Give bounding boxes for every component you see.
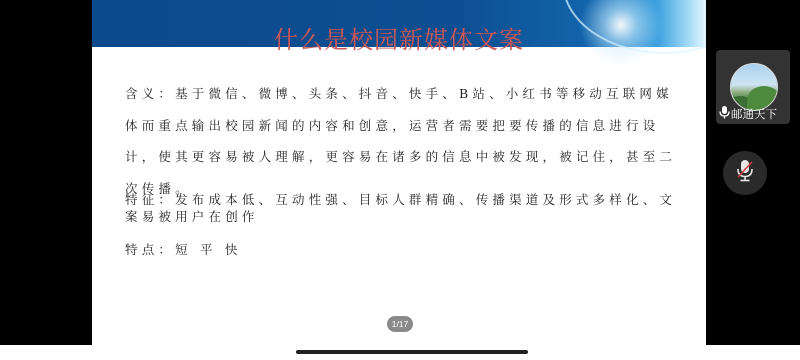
participant-name-label: 邮通天下 xyxy=(719,107,777,121)
characteristics-text: 短 平 快 xyxy=(175,242,241,257)
mute-toggle-button[interactable] xyxy=(723,151,767,195)
slide-title: 什么是校园新媒体文案 xyxy=(92,25,706,55)
definition-label: 含义： xyxy=(125,86,175,101)
features-text: 发布成本低、互动性强、目标人群精确、传播渠道及形式多样化、文案易被用户在创作 xyxy=(125,192,676,224)
avatar xyxy=(730,63,778,111)
characteristics-paragraph: 特点：短 平 快 xyxy=(125,241,685,258)
page-indicator: 1/17 xyxy=(387,316,413,332)
features-label: 特征： xyxy=(125,192,175,207)
presentation-slide: 什么是校园新媒体文案 含义：基于微信、微博、头条、抖音、快手、B站、小红书等移动… xyxy=(92,0,706,345)
home-indicator[interactable] xyxy=(296,350,528,354)
microphone-muted-icon xyxy=(735,159,755,187)
characteristics-label: 特点： xyxy=(125,242,175,257)
microphone-icon xyxy=(719,106,730,122)
definition-text: 基于微信、微博、头条、抖音、快手、B站、小红书等移动互联网媒体而重点输出校园新闻… xyxy=(125,86,676,196)
participant-name: 邮通天下 xyxy=(731,106,777,122)
features-paragraph: 特征：发布成本低、互动性强、目标人群精确、传播渠道及形式多样化、文案易被用户在创… xyxy=(125,191,685,225)
definition-paragraph: 含义：基于微信、微博、头条、抖音、快手、B站、小红书等移动互联网媒体而重点输出校… xyxy=(125,78,685,204)
participant-video-tile[interactable]: 邮通天下 xyxy=(716,50,790,124)
